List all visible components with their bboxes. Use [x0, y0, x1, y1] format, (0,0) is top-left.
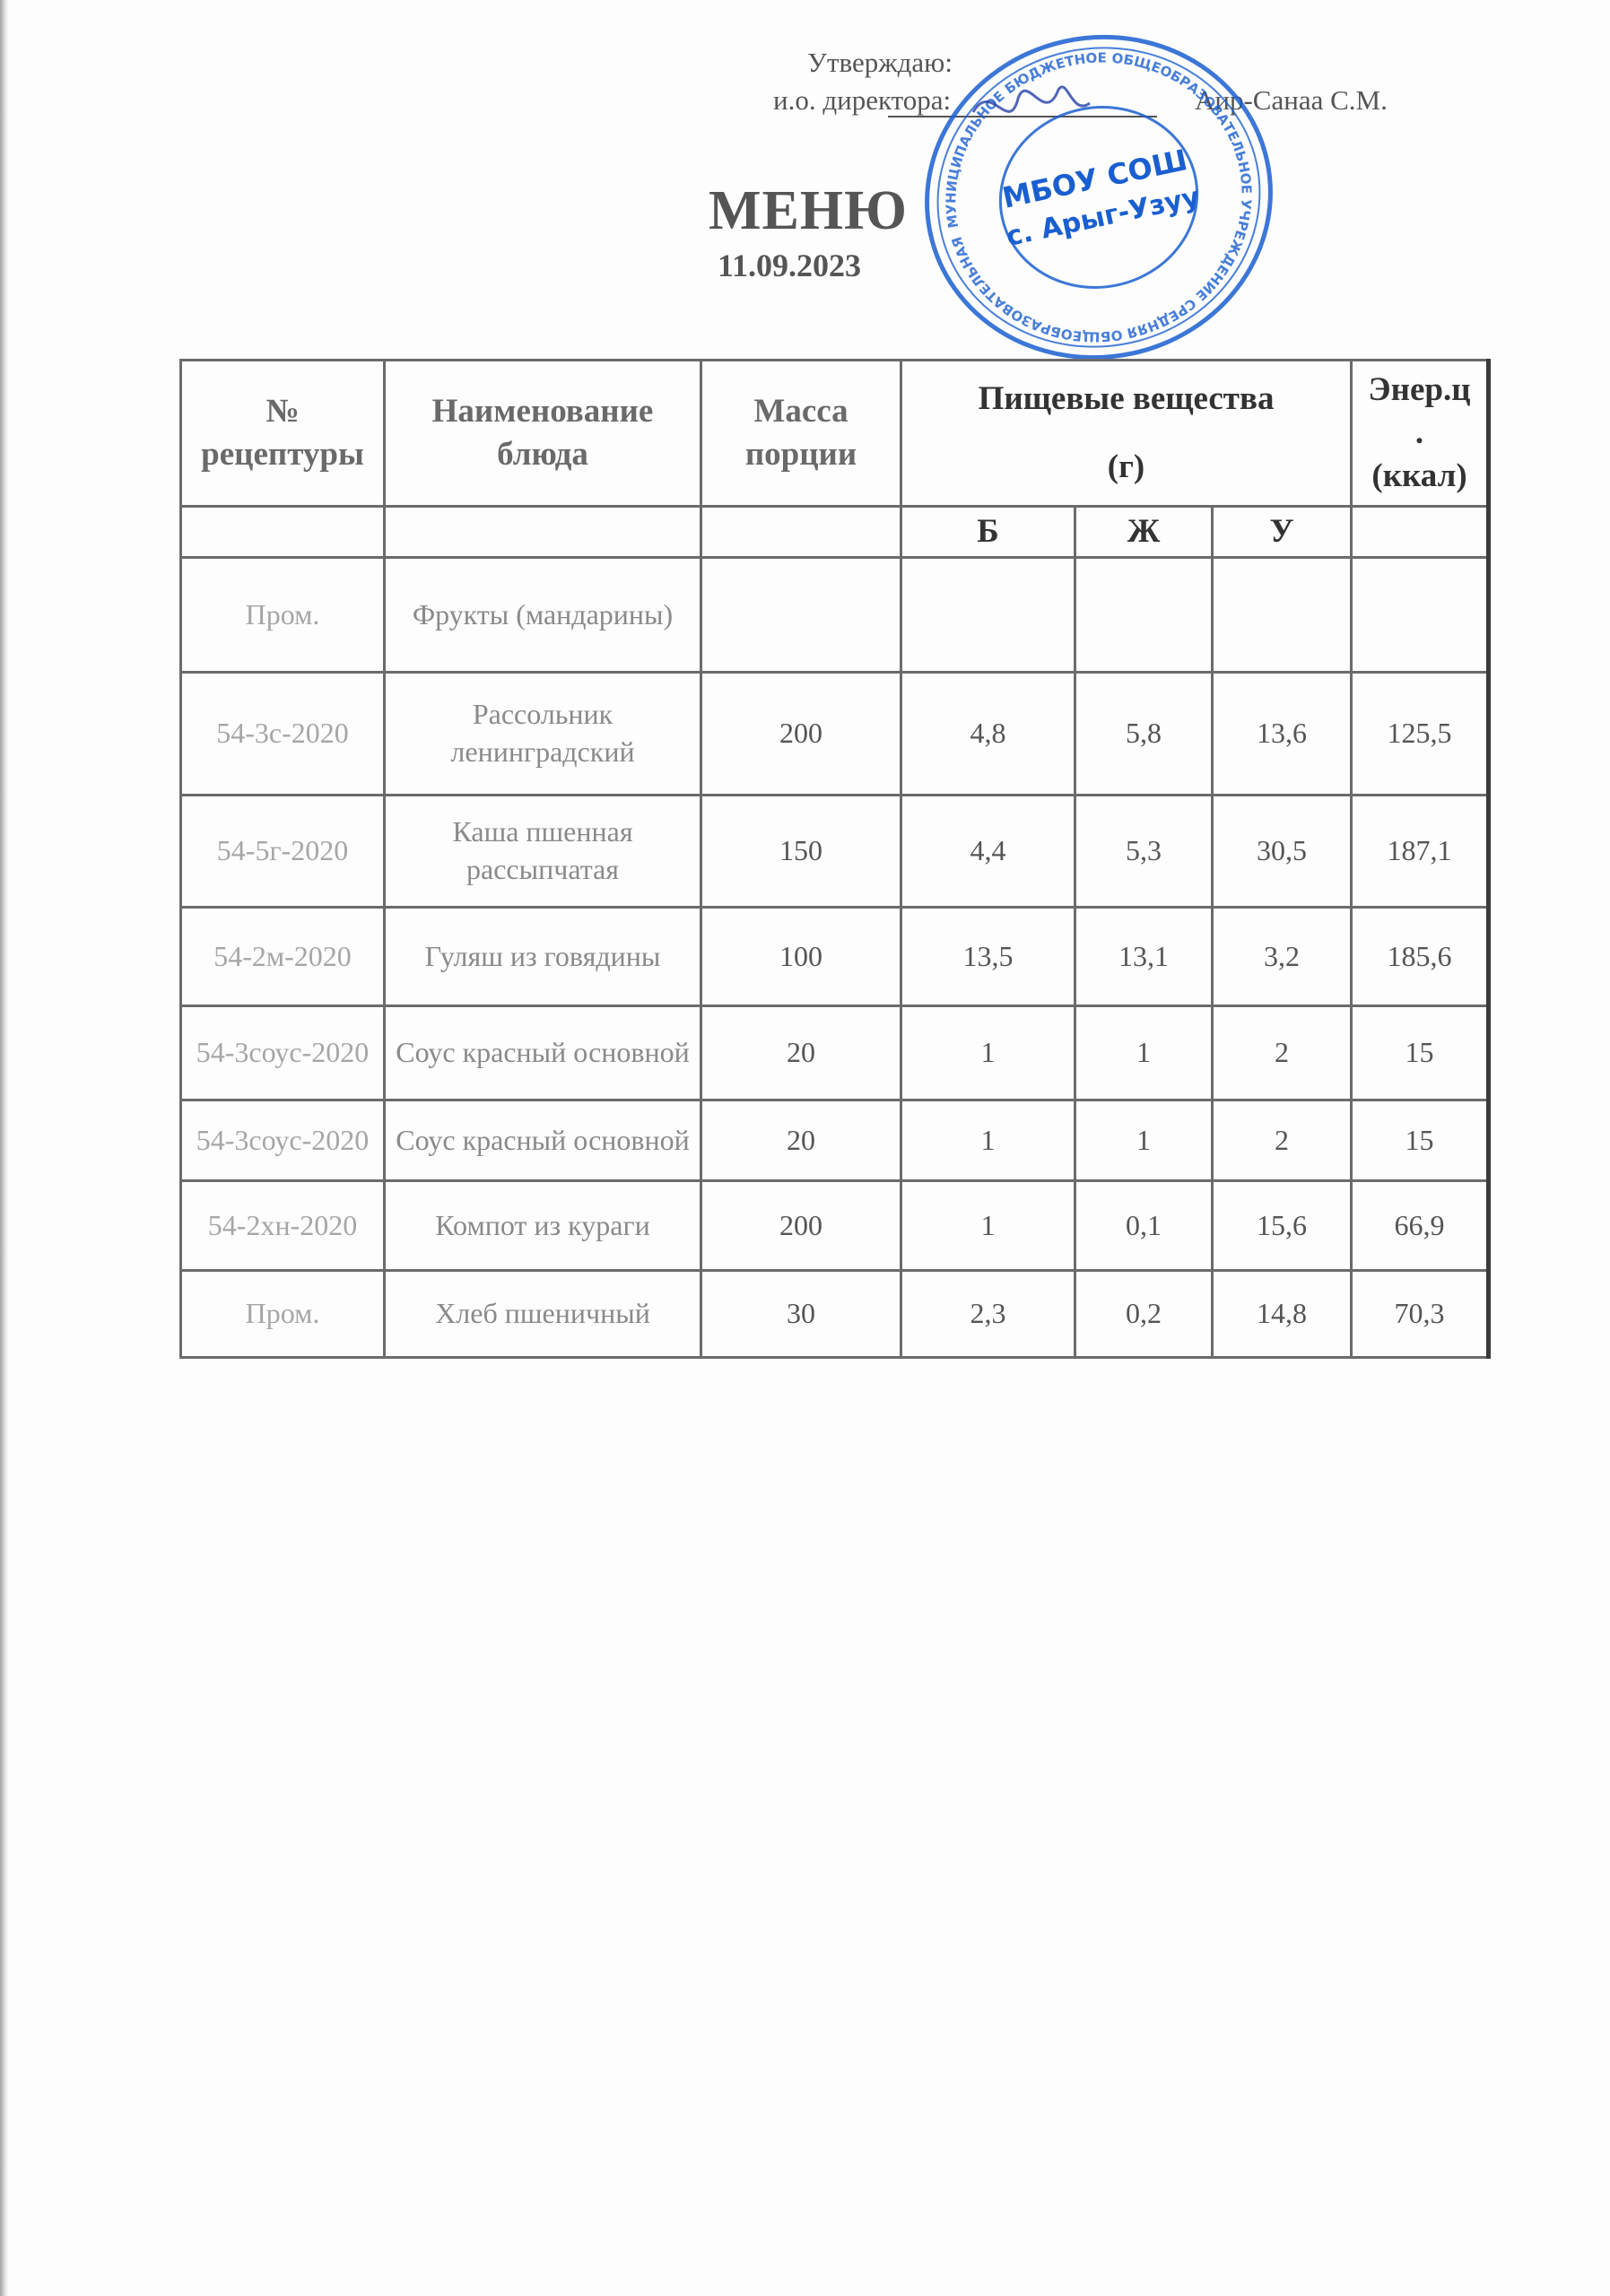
- subheader-empty: [181, 507, 385, 558]
- protein-cell: 4,4: [901, 796, 1075, 908]
- header-energy: Энер.ц . (ккал): [1352, 361, 1489, 507]
- portion-mass-cell: 20: [701, 1006, 901, 1100]
- carbs-cell: 14,8: [1213, 1271, 1352, 1358]
- table-row: Пром.Хлеб пшеничный302,30,214,870,3: [181, 1271, 1489, 1358]
- table-row: 54-3с-2020Рассольник ленинградский2004,8…: [181, 673, 1489, 796]
- table-row: Пром.Фрукты (мандарины): [181, 558, 1489, 673]
- fat-cell: 5,8: [1075, 673, 1213, 796]
- dish-name-cell: Соус красный основной: [385, 1100, 701, 1181]
- table-row: 54-2м-2020Гуляш из говядины10013,513,13,…: [181, 908, 1489, 1006]
- fat-cell: 5,3: [1075, 796, 1213, 908]
- header-fat: Ж: [1075, 507, 1213, 558]
- recipe-code-cell: Пром.: [181, 558, 385, 673]
- table-row: 54-3соус-2020Соус красный основной201121…: [181, 1100, 1489, 1181]
- fat-cell: 1: [1075, 1006, 1213, 1100]
- protein-cell: 1: [901, 1006, 1075, 1100]
- recipe-code-cell: 54-3соус-2020: [181, 1006, 385, 1100]
- recipe-code-cell: 54-2хн-2020: [181, 1181, 385, 1271]
- portion-mass-cell: 150: [701, 796, 901, 908]
- header-portion: Масса порции: [701, 361, 901, 507]
- protein-cell: 1: [901, 1181, 1075, 1271]
- carbs-cell: 3,2: [1213, 908, 1352, 1006]
- header-nutrients-unit: (г): [906, 446, 1346, 489]
- header-energy-unit: (ккал): [1356, 455, 1483, 498]
- header-protein: Б: [901, 507, 1075, 558]
- carbs-cell: 13,6: [1213, 673, 1352, 796]
- header-recipe-no: № рецептуры: [181, 361, 385, 507]
- energy-cell: 185,6: [1352, 908, 1489, 1006]
- protein-cell: 2,3: [901, 1271, 1075, 1358]
- header-energy-label: Энер.ц: [1356, 369, 1483, 412]
- svg-text:МУНИЦИПАЛЬНОЕ БЮДЖЕТНОЕ ОБЩЕОБ: МУНИЦИПАЛЬНОЕ БЮДЖЕТНОЕ ОБЩЕОБРАЗОВАТЕЛЬ…: [910, 27, 1282, 368]
- energy-cell: 66,9: [1352, 1181, 1489, 1271]
- table-row: 54-2хн-2020Компот из кураги20010,115,666…: [181, 1181, 1489, 1271]
- carbs-cell: 2: [1213, 1100, 1352, 1181]
- fat-cell: [1075, 558, 1213, 673]
- recipe-code-cell: 54-3с-2020: [181, 673, 385, 796]
- fat-cell: 13,1: [1075, 908, 1213, 1006]
- subheader-empty: [385, 507, 701, 558]
- recipe-code-cell: 54-3соус-2020: [181, 1100, 385, 1181]
- portion-mass-cell: 200: [701, 1181, 901, 1271]
- protein-cell: 13,5: [901, 908, 1075, 1006]
- header-dish-name: Наименование блюда: [385, 361, 701, 507]
- fat-cell: 0,1: [1075, 1181, 1213, 1271]
- carbs-cell: 15,6: [1213, 1181, 1352, 1271]
- dish-name-cell: Каша пшенная рассыпчатая: [385, 796, 701, 908]
- official-stamp-icon: МУНИЦИПАЛЬНОЕ БЮДЖЕТНОЕ ОБЩЕОБРАЗОВАТЕЛЬ…: [910, 27, 1287, 368]
- dish-name-cell: Рассольник ленинградский: [385, 673, 701, 796]
- carbs-cell: 30,5: [1213, 796, 1352, 908]
- dish-name-cell: Компот из кураги: [385, 1181, 701, 1271]
- subheader-empty: [1352, 507, 1489, 558]
- dish-name-cell: Гуляш из говядины: [385, 908, 701, 1006]
- menu-date: 11.09.2023: [718, 247, 861, 284]
- portion-mass-cell: 100: [701, 908, 901, 1006]
- header-nutrients: Пищевые вещества (г): [901, 361, 1352, 507]
- carbs-cell: [1213, 558, 1352, 673]
- stamp-ring-text: МУНИЦИПАЛЬНОЕ БЮДЖЕТНОЕ ОБЩЕОБРАЗОВАТЕЛЬ…: [910, 27, 1282, 368]
- header-nutrients-label: Пищевые вещества: [906, 378, 1346, 421]
- protein-cell: 1: [901, 1100, 1075, 1181]
- menu-table: № рецептуры Наименование блюда Масса пор…: [179, 359, 1491, 1359]
- portion-mass-cell: [701, 558, 901, 673]
- portion-mass-cell: 30: [701, 1271, 901, 1358]
- dish-name-cell: Фрукты (мандарины): [385, 558, 701, 673]
- recipe-code-cell: 54-5г-2020: [181, 796, 385, 908]
- portion-mass-cell: 20: [701, 1100, 901, 1181]
- table-row: 54-5г-2020Каша пшенная рассыпчатая1504,4…: [181, 796, 1489, 908]
- header-energy-dot: .: [1356, 412, 1483, 455]
- energy-cell: 15: [1352, 1100, 1489, 1181]
- fat-cell: 1: [1075, 1100, 1213, 1181]
- recipe-code-cell: 54-2м-2020: [181, 908, 385, 1006]
- energy-cell: 187,1: [1352, 796, 1489, 908]
- energy-cell: [1352, 558, 1489, 673]
- protein-cell: [901, 558, 1075, 673]
- fat-cell: 0,2: [1075, 1271, 1213, 1358]
- table-row: 54-3соус-2020Соус красный основной201121…: [181, 1006, 1489, 1100]
- dish-name-cell: Соус красный основной: [385, 1006, 701, 1100]
- header-carbs: У: [1213, 507, 1352, 558]
- energy-cell: 70,3: [1352, 1271, 1489, 1358]
- carbs-cell: 2: [1213, 1006, 1352, 1100]
- subheader-empty: [701, 507, 901, 558]
- energy-cell: 15: [1352, 1006, 1489, 1100]
- dish-name-cell: Хлеб пшеничный: [385, 1271, 701, 1358]
- protein-cell: 4,8: [901, 673, 1075, 796]
- page-title: МЕНЮ: [709, 179, 908, 243]
- portion-mass-cell: 200: [701, 673, 901, 796]
- scan-edge-shadow: [0, 0, 9, 2296]
- recipe-code-cell: Пром.: [181, 1271, 385, 1358]
- energy-cell: 125,5: [1352, 673, 1489, 796]
